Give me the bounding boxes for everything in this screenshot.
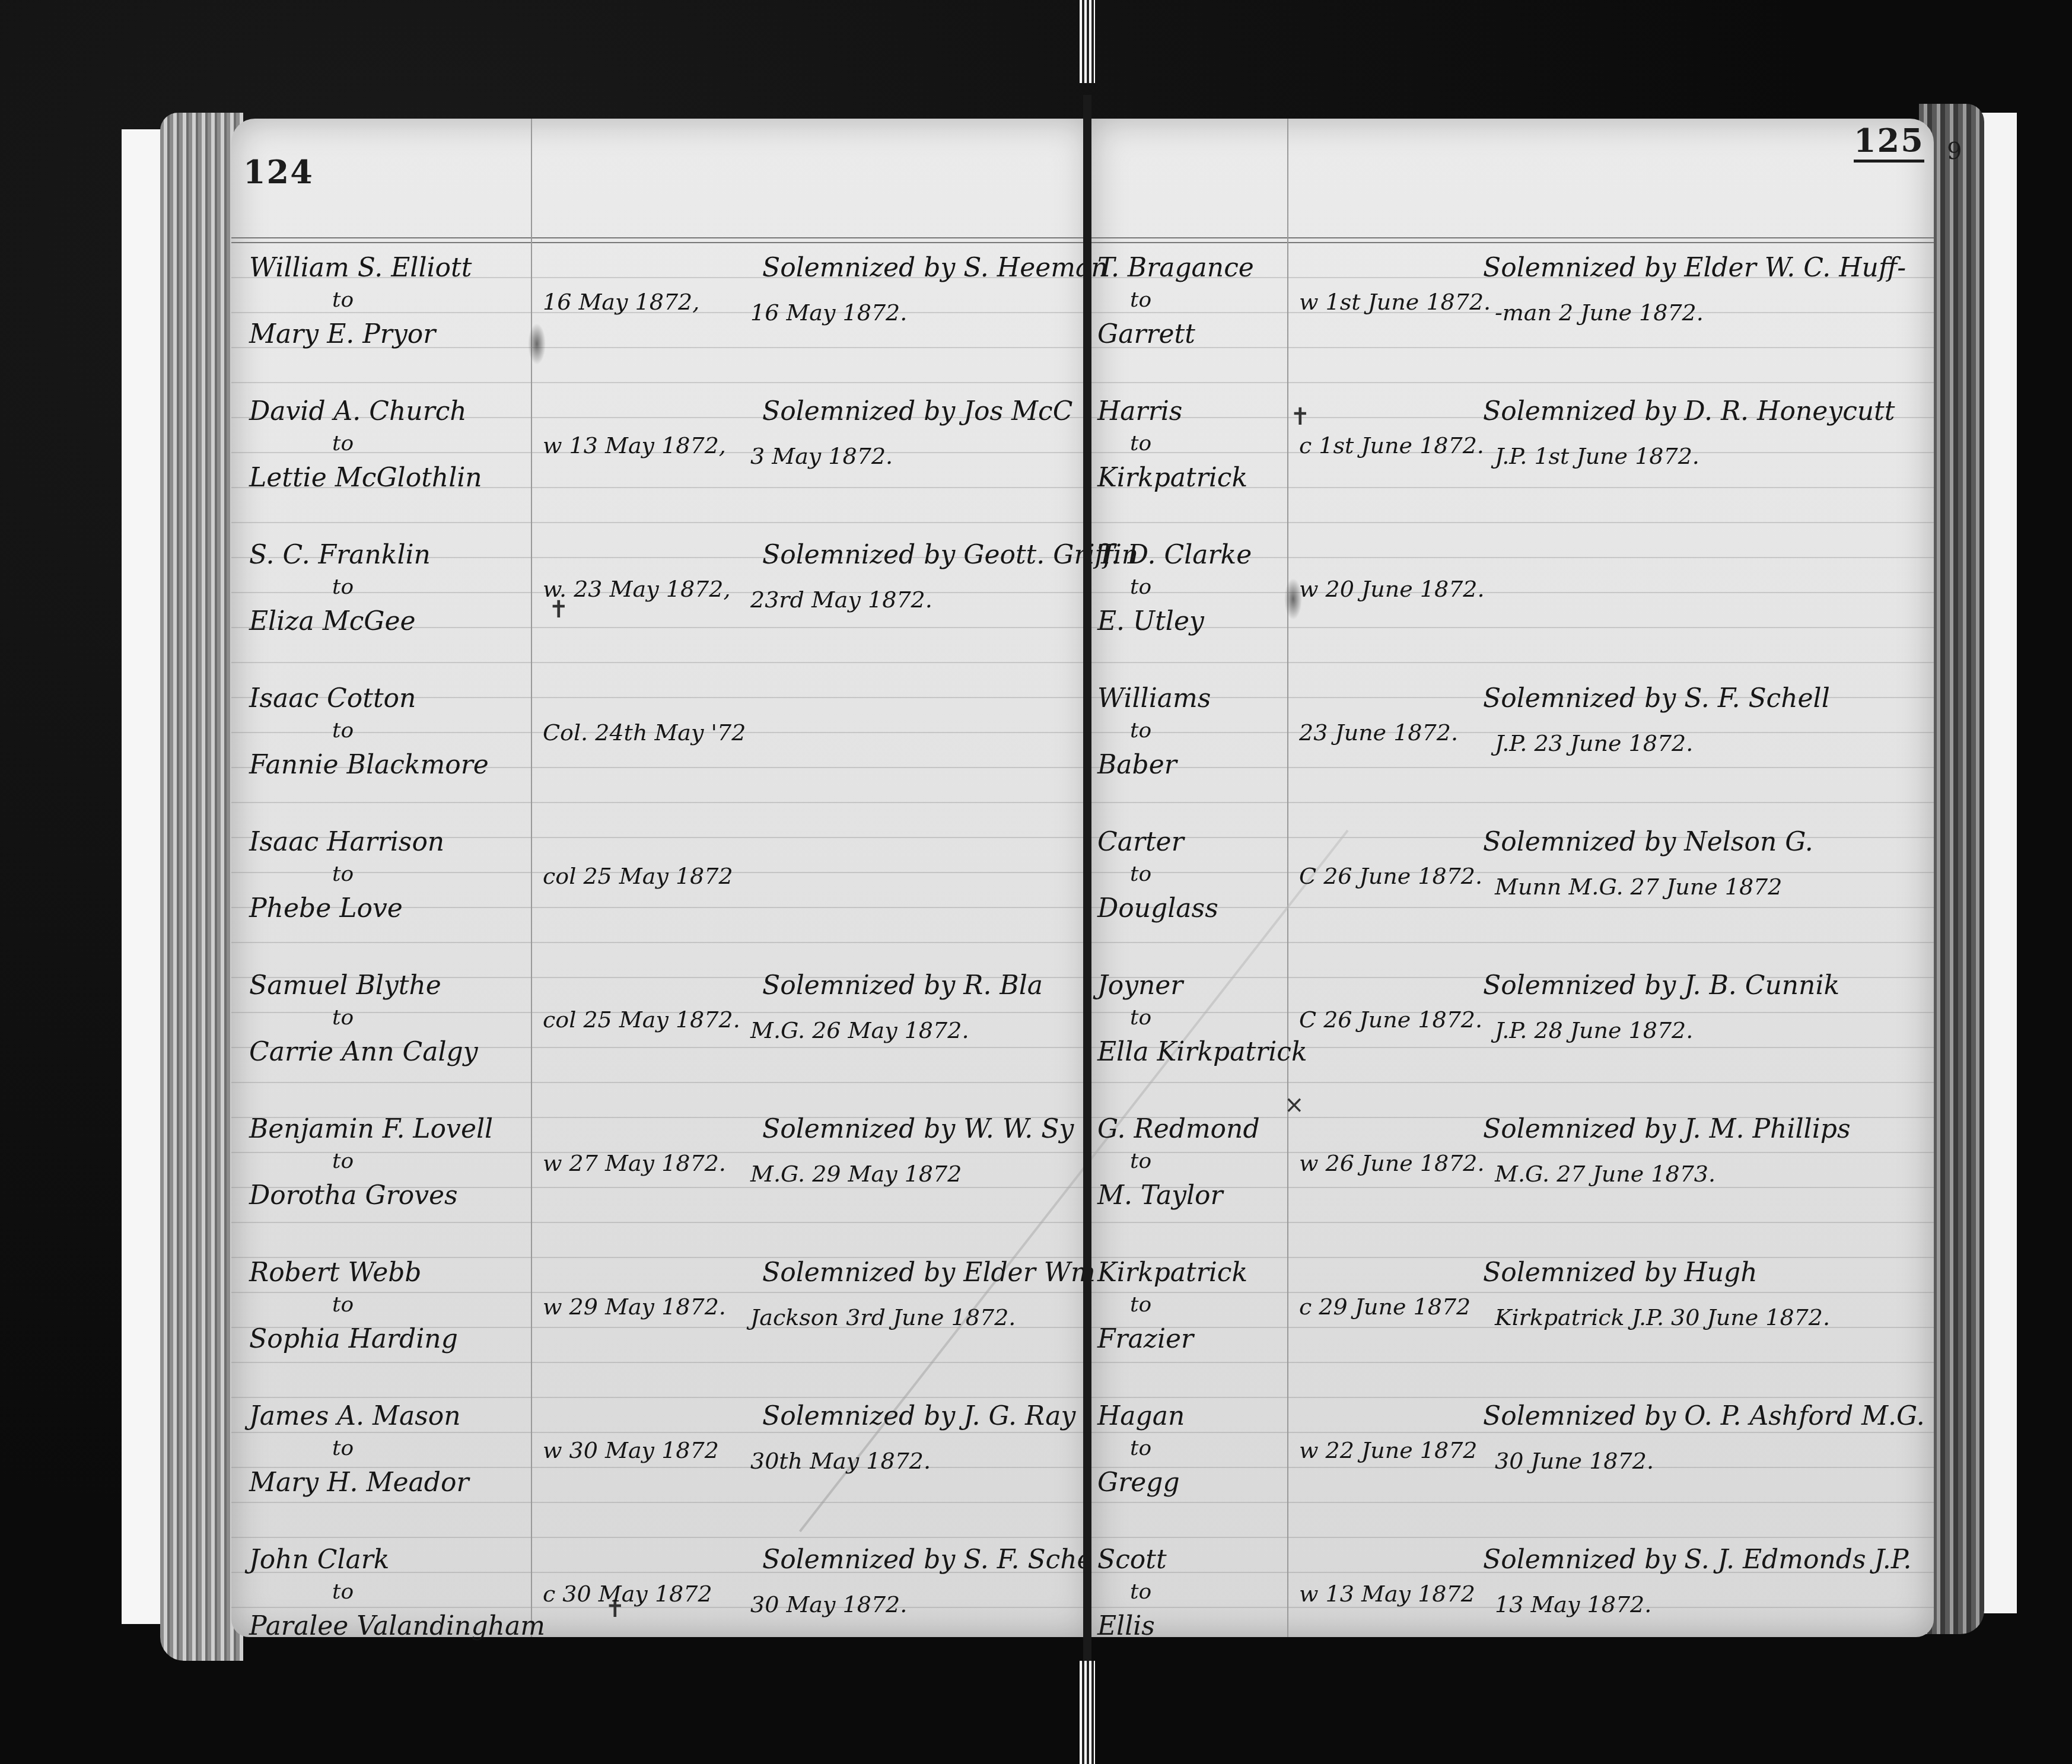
- solemnized-date: 30 June 1872.: [1495, 1450, 1654, 1472]
- solemnized-by: Solemnized by Elder W. C. Huff-: [1483, 255, 1906, 281]
- connector-to: to: [1130, 1151, 1151, 1172]
- right-register-entry: T. BragancetoGarrettw 1st June 1872.Sole…: [0, 255, 2072, 397]
- connector-to: to: [1130, 1294, 1151, 1316]
- license-date: c 1st June 1872.: [1299, 434, 1484, 457]
- bride-name: Garrett: [1097, 321, 1195, 348]
- license-date: w 22 June 1872: [1299, 1439, 1478, 1461]
- groom-name: Scott: [1097, 1547, 1167, 1573]
- solemnized-by: Solemnized by J. M. Phillips: [1483, 1116, 1850, 1142]
- license-date: w 26 June 1872.: [1299, 1152, 1485, 1174]
- license-date: c 29 June 1872: [1299, 1295, 1471, 1318]
- right-register-entry: HagantoGreggw 22 June 1872Solemnized by …: [0, 1403, 2072, 1546]
- solemnized-date: M.G. 27 June 1873.: [1495, 1163, 1715, 1185]
- groom-name: Carter: [1097, 829, 1184, 855]
- center-gutter-divider: [1083, 95, 1091, 1696]
- right-register-entry: ScotttoEllisw 13 May 1872Solemnized by S…: [0, 1547, 2072, 1689]
- right-register-entry: T. D. ClarketoE. Utleyw 20 June 1872.: [0, 542, 2072, 684]
- solemnized-date: J.P. 28 June 1872.: [1495, 1019, 1693, 1042]
- connector-to: to: [1130, 720, 1151, 741]
- gutter-marker-bottom: [1080, 1661, 1095, 1764]
- bride-name: Kirkpatrick: [1097, 465, 1247, 491]
- license-date: C 26 June 1872.: [1299, 865, 1482, 887]
- bride-name: Gregg: [1097, 1470, 1180, 1496]
- groom-name: Harris: [1097, 399, 1182, 425]
- right-register-entry: CartertoDouglassC 26 June 1872.Solemnize…: [0, 829, 2072, 972]
- solemnized-by: Solemnized by Nelson G.: [1483, 829, 1813, 855]
- connector-to: to: [1130, 1581, 1151, 1603]
- bride-name: Baber: [1097, 752, 1177, 778]
- solemnized-date: J.P. 23 June 1872.: [1495, 732, 1693, 754]
- connector-to: to: [1130, 577, 1151, 598]
- right-register-entry: HarristoKirkpatrickc 1st June 1872.Solem…: [0, 399, 2072, 541]
- groom-name: Hagan: [1097, 1403, 1185, 1429]
- solemnized-date: J.P. 1st June 1872.: [1495, 445, 1699, 467]
- connector-to: to: [1130, 289, 1151, 311]
- groom-name: Joyner: [1097, 973, 1183, 999]
- license-date: w 20 June 1872.: [1299, 578, 1485, 600]
- solemnized-by: Solemnized by S. J. Edmonds J.P.: [1483, 1547, 1911, 1573]
- groom-name: Kirkpatrick: [1097, 1260, 1247, 1286]
- solemnized-by: Solemnized by D. R. Honeycutt: [1483, 399, 1895, 425]
- bride-name: Ella Kirkpatrick: [1097, 1039, 1307, 1065]
- license-date: C 26 June 1872.: [1299, 1008, 1482, 1031]
- register-entries: William S. ElliotttoMary E. Pryor16 May …: [0, 0, 2072, 1764]
- solemnized-date: -man 2 June 1872.: [1495, 301, 1704, 324]
- bride-name: Douglass: [1097, 896, 1218, 922]
- groom-name: T. Bragance: [1097, 255, 1254, 281]
- license-date: w 1st June 1872.: [1299, 291, 1491, 313]
- bride-name: M. Taylor: [1097, 1183, 1223, 1209]
- bride-name: E. Utley: [1097, 609, 1204, 635]
- bride-name: Frazier: [1097, 1326, 1193, 1352]
- connector-to: to: [1130, 1438, 1151, 1459]
- bride-name: Ellis: [1097, 1613, 1155, 1639]
- license-date: 23 June 1872.: [1299, 721, 1458, 744]
- solemnized-date: Kirkpatrick J.P. 30 June 1872.: [1495, 1306, 1830, 1329]
- solemnized-by: Solemnized by J. B. Cunnik: [1483, 973, 1839, 999]
- solemnized-date: 13 May 1872.: [1495, 1593, 1651, 1616]
- right-register-entry: KirkpatricktoFrazierc 29 June 1872Solemn…: [0, 1260, 2072, 1402]
- right-register-entry: WilliamstoBaber23 June 1872.Solemnized b…: [0, 686, 2072, 828]
- groom-name: G. Redmond: [1097, 1116, 1260, 1142]
- right-register-entry: G. RedmondtoM. Taylorw 26 June 1872.Sole…: [0, 1116, 2072, 1259]
- connector-to: to: [1130, 1007, 1151, 1029]
- connector-to: to: [1130, 864, 1151, 885]
- groom-name: Williams: [1097, 686, 1211, 712]
- license-date: w 13 May 1872: [1299, 1582, 1475, 1605]
- right-register-entry: JoynertoElla KirkpatrickC 26 June 1872.S…: [0, 973, 2072, 1115]
- gutter-marker-top: [1080, 0, 1095, 83]
- solemnized-by: Solemnized by Hugh: [1483, 1260, 1757, 1286]
- groom-name: T. D. Clarke: [1097, 542, 1252, 568]
- solemnized-date: Munn M.G. 27 June 1872: [1495, 875, 1782, 898]
- solemnized-by: Solemnized by O. P. Ashford M.G.: [1483, 1403, 1925, 1429]
- solemnized-by: Solemnized by S. F. Schell: [1483, 686, 1830, 712]
- connector-to: to: [1130, 433, 1151, 454]
